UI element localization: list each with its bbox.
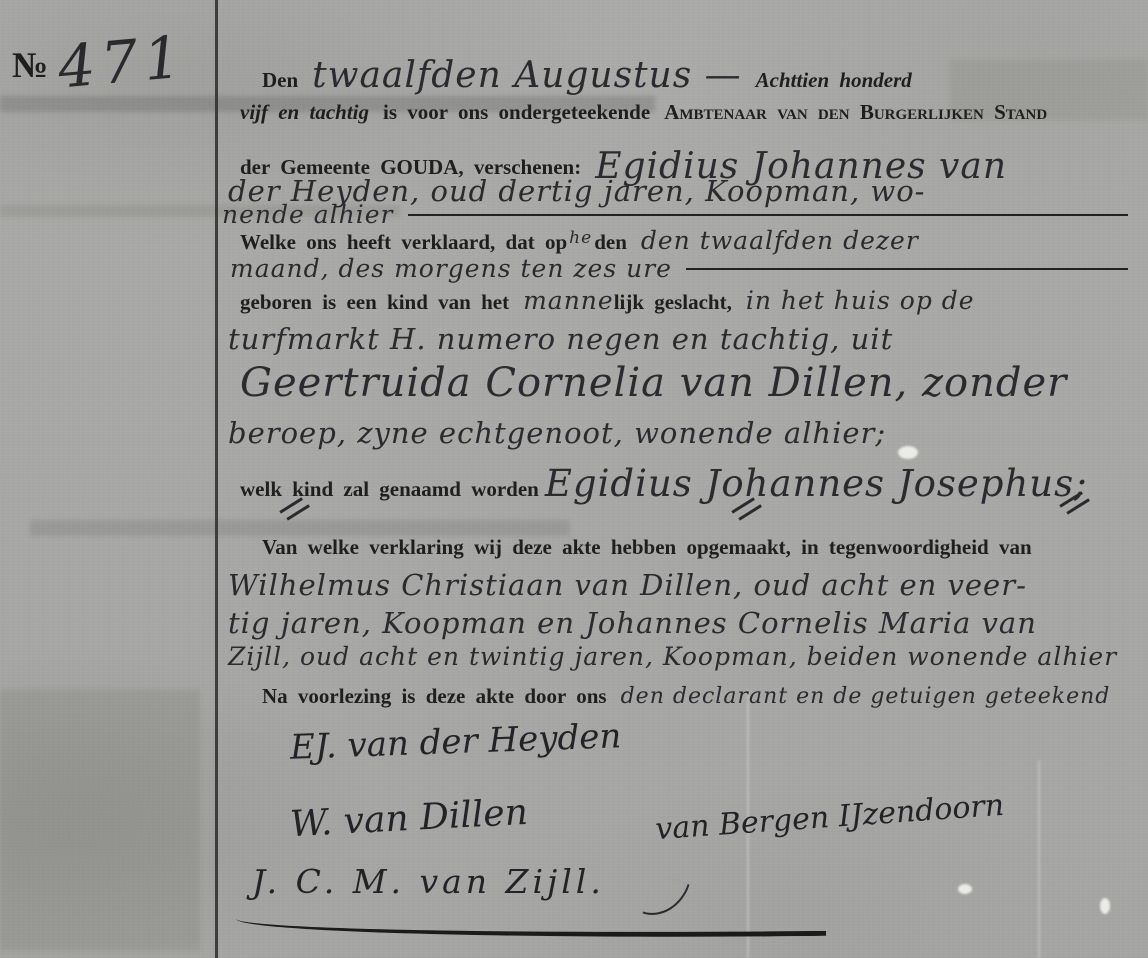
printed-text: is voor ons ondergeteekende: [383, 100, 650, 125]
paper-spot: [898, 446, 918, 459]
mother-details-line: beroep, zyne echtgenoot, wonende alhier;: [228, 416, 886, 450]
paper-spot: [1100, 898, 1110, 914]
witness2-line: Zijll, oud acht en twintig jaren, Koopma…: [228, 642, 1117, 671]
pen-mark: [730, 500, 760, 518]
handwritten-address: turfmarkt H. numero negen en tachtig, ui…: [228, 322, 893, 356]
paper-spot: [958, 884, 972, 894]
date-line: Den twaalfden Augustus — Achttien honder…: [262, 55, 912, 96]
witness1-line: Wilhelmus Christiaan van Dillen, oud ach…: [228, 568, 1027, 602]
printed-text: Na voorlezing is deze akte door ons: [262, 684, 607, 709]
printed-text: Welke ons heeft verklaard, dat op: [240, 230, 567, 255]
handwritten-witness1: Wilhelmus Christiaan van Dillen, oud ach…: [228, 568, 1027, 602]
declarant-line-3: nende alhier: [222, 200, 1128, 229]
declaration-line: Welke ons heeft verklaard, dat op he den…: [240, 226, 919, 255]
handwritten-time: maand, des morgens ten zes ure: [230, 254, 672, 283]
handwritten-house-text: in het huis op de: [746, 286, 975, 315]
printed-text: Achttien honderd: [756, 68, 912, 93]
signature-witness1: W. van Dillen: [289, 792, 529, 845]
filler-rule: [686, 268, 1128, 270]
address-line: turfmarkt H. numero negen en tachtig, ui…: [228, 322, 893, 356]
printed-text: welk kind zal genaamd worden: [240, 477, 539, 502]
mother-name-line: Geertruida Cornelia van Dillen, zonder: [240, 360, 1067, 406]
printed-text: Den: [262, 68, 298, 93]
year-officer-line: vijf en tachtig is voor ons ondergeteeke…: [240, 100, 1047, 125]
handwritten-mother-name: Geertruida Cornelia van Dillen, zonder: [240, 360, 1067, 406]
handwritten-gender: manne: [523, 286, 614, 315]
handwritten-mother-details: beroep, zyne echtgenoot, wonende alhier;: [228, 416, 886, 450]
handwritten-residence: nende alhier: [222, 200, 394, 229]
handwritten-day: den twaalfden dezer: [641, 226, 919, 255]
birth-line: geboren is een kind van het manne lijk g…: [240, 286, 975, 315]
bleedthrough-streak: [30, 520, 570, 536]
handwritten-insertion: he: [569, 228, 592, 248]
signature-registrar: van Bergen IJzendoorn: [654, 788, 1005, 847]
act-number-value: 471: [55, 23, 189, 102]
margin-rule: [215, 0, 218, 958]
birth-record-scan: № 471 Den twaalfden Augustus — Achttien …: [0, 0, 1148, 958]
signature-flourish: [236, 897, 826, 942]
printed-year-text: vijf en tachtig: [240, 100, 369, 125]
printed-text: den: [594, 230, 627, 255]
handwritten-closing: den declarant en de getuigen geteekend: [621, 684, 1111, 709]
fold-line: [1038, 760, 1040, 958]
printed-officer-title: Ambtenaar van den Burgerlijken Stand: [664, 100, 1047, 125]
witness-line-2: tig jaren, Koopman en Johannes Cornelis …: [228, 606, 1037, 640]
pen-mark: [278, 500, 308, 518]
closing-line: Na voorlezing is deze akte door ons den …: [262, 684, 1110, 709]
handwritten-child-name: Egidius Johannes Josephus;: [545, 462, 1088, 505]
smudge: [0, 690, 200, 950]
printed-text: geboren is een kind van het: [240, 290, 509, 315]
pen-mark: [1058, 494, 1088, 512]
filler-rule: [408, 214, 1129, 216]
signature-declarant: EJ. van der Heyden: [289, 716, 622, 768]
handwritten-witness2: Zijll, oud acht en twintig jaren, Koopma…: [228, 642, 1117, 671]
signature-witness2: J. C. M. van Zijll.: [252, 862, 605, 901]
printed-text: lijk geslacht,: [614, 290, 732, 315]
witness-intro-line: Van welke verklaring wij deze akte hebbe…: [262, 535, 1032, 560]
child-name-line: welk kind zal genaamd worden Egidius Joh…: [240, 462, 1088, 505]
handwritten-witnesses: tig jaren, Koopman en Johannes Cornelis …: [228, 606, 1037, 640]
printed-text: Van welke verklaring wij deze akte hebbe…: [262, 535, 1032, 560]
act-number-label: №: [12, 44, 49, 86]
handwritten-date: twaalfden Augustus —: [312, 55, 741, 96]
time-line: maand, des morgens ten zes ure: [230, 254, 1128, 283]
